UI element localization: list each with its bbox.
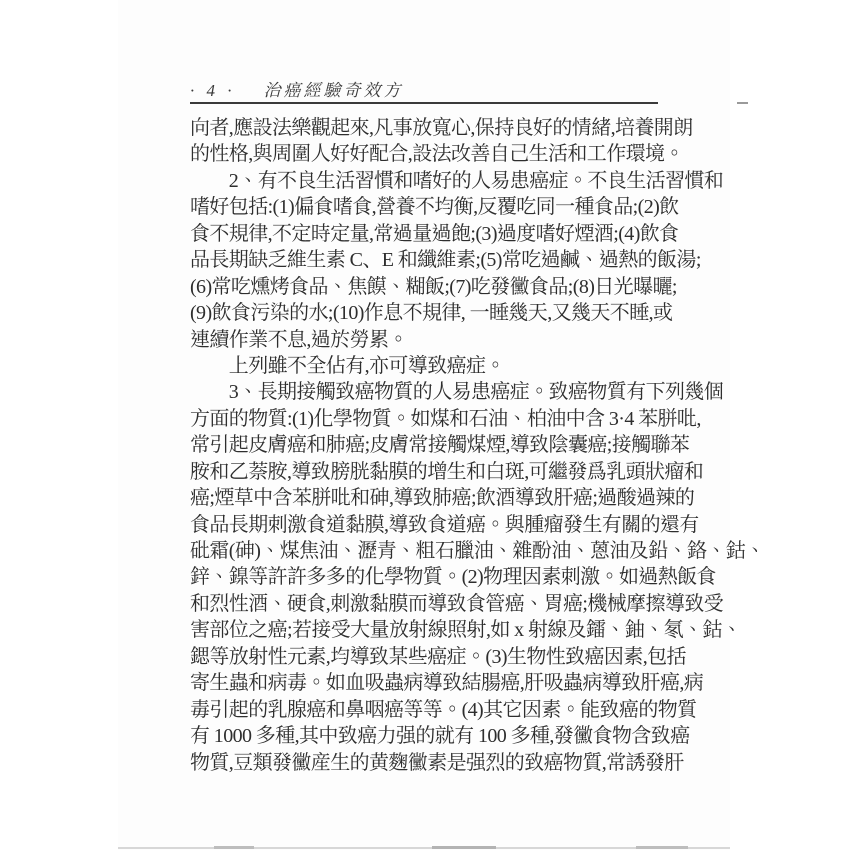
bottom-scan-edge-mark <box>636 846 688 849</box>
text-line: (6)常吃燻烤食品、焦饃、糊飯;(7)吃發黴食品;(8)日光曝曬; <box>190 274 666 300</box>
text-line: 的性格,與周圍人好好配合,設法改善自己生活和工作環境。 <box>190 141 666 167</box>
scanned-book-page: · 4 · 治癌經驗奇效方 向者,應設法樂觀起來,凡事放寬心,保持良好的情緒,培… <box>0 0 850 850</box>
body-text: 向者,應設法樂觀起來,凡事放寬心,保持良好的情緒,培養開朗的性格,與周圍人好好配… <box>190 115 666 776</box>
text-line: 胺和乙萘胺,導致膀胱黏膜的增生和白斑,可繼發爲乳頭狀瘤和 <box>190 459 666 485</box>
header-rule-fragment <box>737 102 748 104</box>
header-rule <box>190 102 658 104</box>
running-header: · 4 · 治癌經驗奇效方 <box>190 76 660 101</box>
text-line: 和烈性酒、硬食,刺激黏膜而導致食管癌、胃癌;機械摩擦導致受 <box>190 591 666 617</box>
text-line: 毒引起的乳腺癌和鼻咽癌等等。(4)其它因素。能致癌的物質 <box>190 697 666 723</box>
text-line: 寄生蟲和病毒。如血吸蟲病導致結腸癌,肝吸蟲病導致肝癌,病 <box>190 670 666 696</box>
text-line: 上列雖不全佔有,亦可導致癌症。 <box>190 353 666 379</box>
page-number: · 4 · <box>190 81 236 101</box>
text-line: 鋅、鎳等許許多多的化學物質。(2)物理因素刺激。如過熱飯食 <box>190 564 666 590</box>
text-line: 食不規律,不定時定量,常過量過飽;(3)過度嗜好煙酒;(4)飲食 <box>190 221 666 247</box>
text-line: 食品長期刺激食道黏膜,導致食道癌。與腫瘤發生有關的還有 <box>190 512 666 538</box>
text-line: 連續作業不息,過於勞累。 <box>190 327 666 353</box>
text-line: 常引起皮膚癌和肺癌;皮膚常接觸煤煙,導致陰囊癌;接觸聯苯 <box>190 432 666 458</box>
text-line: 癌;煙草中含苯胼吡和砷,導致肺癌;飲酒導致肝癌;過酸過辣的 <box>190 485 666 511</box>
text-line: 向者,應設法樂觀起來,凡事放寬心,保持良好的情緒,培養開朗 <box>190 115 666 141</box>
text-line: 方面的物質:(1)化學物質。如煤和石油、柏油中含 3·4 苯胼吡, <box>190 406 666 432</box>
bottom-scan-edge-mark <box>432 846 496 849</box>
text-line: 2、有不良生活習慣和嗜好的人易患癌症。不良生活習慣和 <box>190 168 666 194</box>
bottom-scan-edge-mark <box>214 846 254 849</box>
text-line: 有 1000 多種,其中致癌力强的就有 100 多種,發黴食物含致癌 <box>190 723 666 749</box>
text-line: 品長期缺乏維生素 C、E 和纖維素;(5)常吃過鹹、過熱的飯湯; <box>190 247 666 273</box>
book-title: 治癌經驗奇效方 <box>264 76 404 101</box>
text-line: 害部位之癌;若接受大量放射線照射,如 x 射線及鐳、鈾、氡、鈷、 <box>190 617 666 643</box>
text-line: (9)飲食污染的水;(10)作息不規律, 一睡幾天,又幾天不睡,或 <box>190 300 666 326</box>
text-line: 3、長期接觸致癌物質的人易患癌症。致癌物質有下列幾個 <box>190 379 666 405</box>
text-line: 砒霜(砷)、煤焦油、瀝青、粗石臘油、雜酚油、蒽油及鉛、鉻、鈷、 <box>190 538 666 564</box>
text-line: 物質,豆類發黴産生的黄麴黴素是强烈的致癌物質,常誘發肝 <box>190 750 666 776</box>
text-line: 鍶等放射性元素,均導致某些癌症。(3)生物性致癌因素,包括 <box>190 644 666 670</box>
text-line: 嗜好包括:(1)偏食嗜食,營養不均衡,反覆吃同一種食品;(2)飲 <box>190 194 666 220</box>
